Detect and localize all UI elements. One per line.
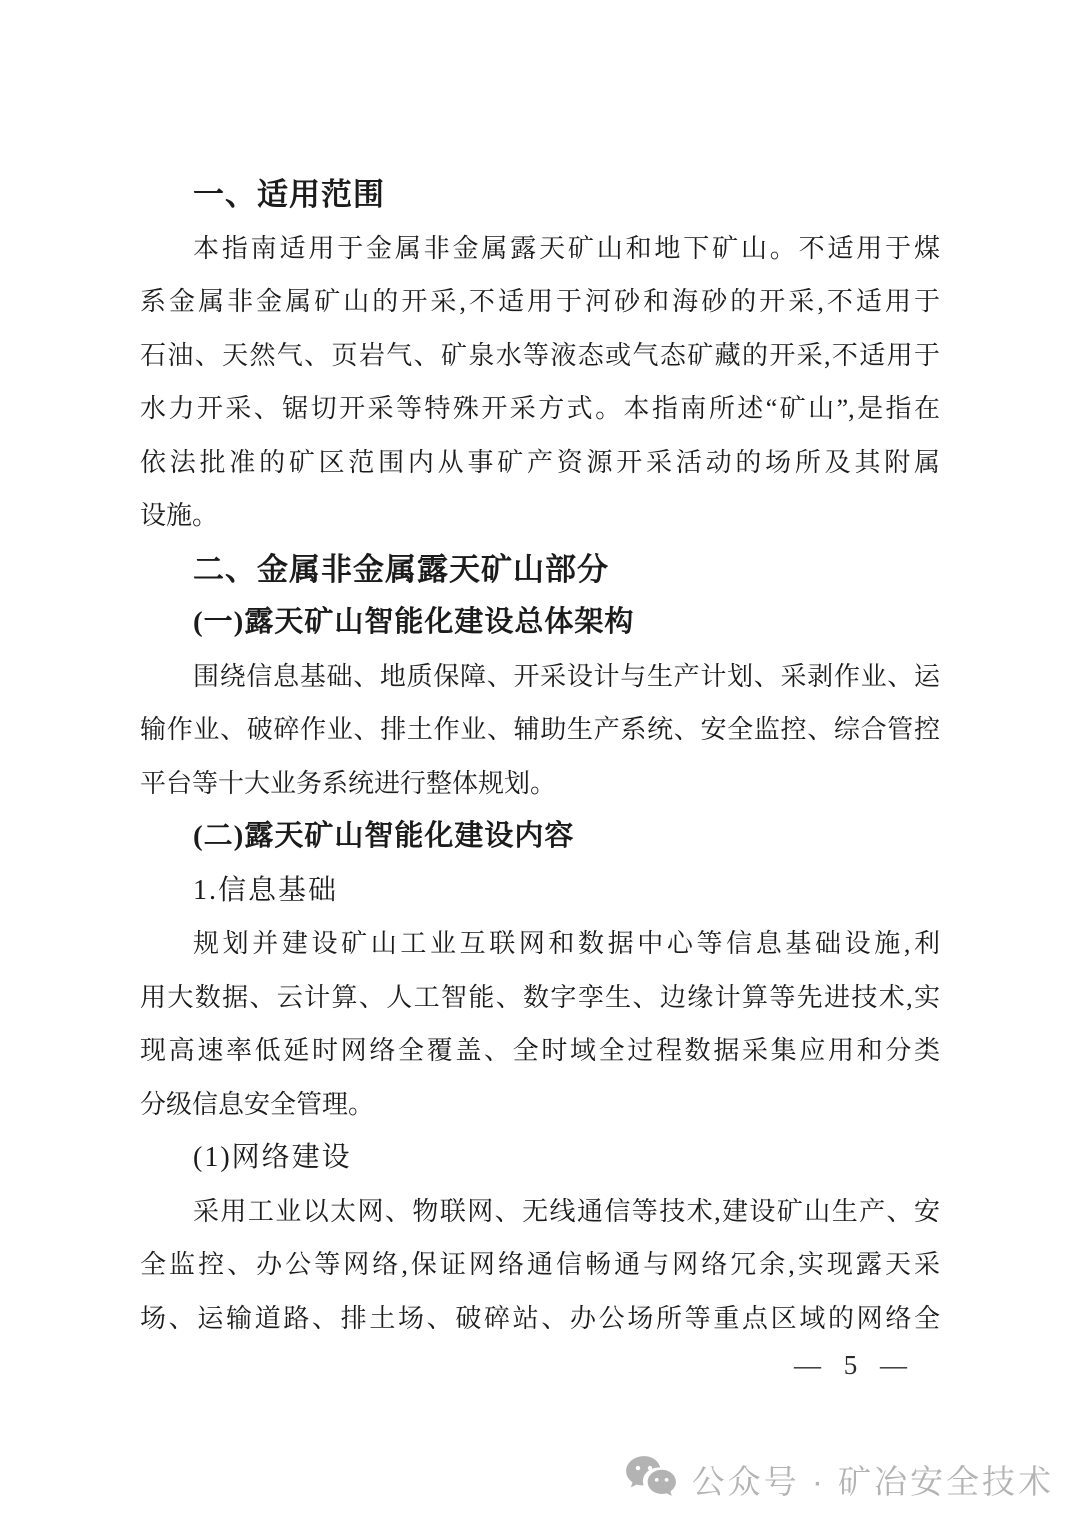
body-line: 场、运输道路、排土场、破碎站、办公场所等重点区域的网络全 <box>140 1292 940 1346</box>
subsection-1-heading: (一)露天矿山智能化建设总体架构 <box>140 596 940 650</box>
body-line: 用大数据、云计算、人工智能、数字孪生、边缘计算等先进技术,实 <box>140 971 940 1025</box>
body-line: 采用工业以太网、物联网、无线通信等技术,建设矿山生产、安 <box>140 1185 940 1239</box>
page-number: — 5 — <box>794 1350 915 1381</box>
body-line: 规划并建设矿山工业互联网和数据中心等信息基础设施,利 <box>140 917 940 971</box>
body-line: 本指南适用于金属非金属露天矿山和地下矿山。不适用于煤 <box>140 222 940 276</box>
subsection-2-heading: (二)露天矿山智能化建设内容 <box>140 810 940 864</box>
body-line: 依法批准的矿区范围内从事矿产资源开采活动的场所及其附属 <box>140 436 940 490</box>
body-line: 现高速率低延时网络全覆盖、全时域全过程数据采集应用和分类 <box>140 1024 940 1078</box>
item-1-heading: 1.信息基础 <box>140 864 940 918</box>
section-1-heading: 一、适用范围 <box>140 168 940 222</box>
wechat-icon <box>624 1453 678 1505</box>
body-line: 平台等十大业务系统进行整体规划。 <box>140 757 940 811</box>
body-line: 系金属非金属矿山的开采,不适用于河砂和海砂的开采,不适用于 <box>140 275 940 329</box>
body-line: 分级信息安全管理。 <box>140 1078 940 1132</box>
footer-watermark: 公众号 · 矿冶安全技术 <box>624 1453 1054 1505</box>
watermark-text: 公众号 · 矿冶安全技术 <box>692 1456 1054 1503</box>
body-line: 全监控、办公等网络,保证网络通信畅通与网络冗余,实现露天采 <box>140 1238 940 1292</box>
document-body: 一、适用范围 本指南适用于金属非金属露天矿山和地下矿山。不适用于煤 系金属非金属… <box>140 168 940 1345</box>
body-line: 水力开采、锯切开采等特殊开采方式。本指南所述“矿山”,是指在 <box>140 382 940 436</box>
section-2-heading: 二、金属非金属露天矿山部分 <box>140 543 940 597</box>
body-line: 输作业、破碎作业、排土作业、辅助生产系统、安全监控、综合管控 <box>140 703 940 757</box>
body-line: 围绕信息基础、地质保障、开采设计与生产计划、采剥作业、运 <box>140 650 940 704</box>
body-line: 石油、天然气、页岩气、矿泉水等液态或气态矿藏的开采,不适用于 <box>140 329 940 383</box>
item-1-1-heading: (1)网络建设 <box>140 1131 940 1185</box>
document-page: 一、适用范围 本指南适用于金属非金属露天矿山和地下矿山。不适用于煤 系金属非金属… <box>0 0 1080 1527</box>
body-line: 设施。 <box>140 489 940 543</box>
